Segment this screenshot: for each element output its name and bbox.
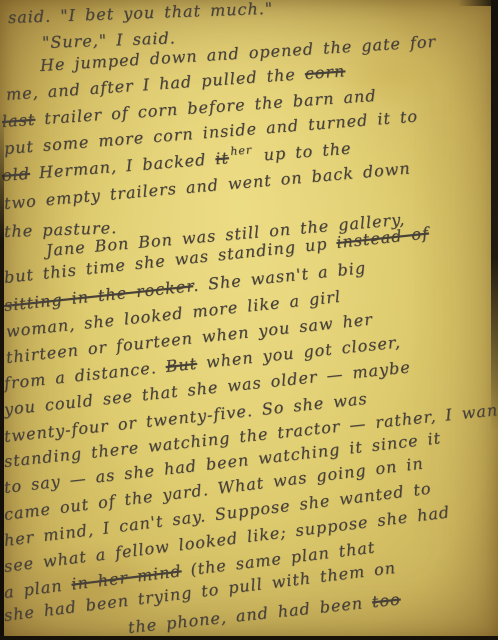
handwriting-text [277,0,278,18]
photo-edge-top [458,0,498,6]
inserted-word: her [230,143,253,158]
manuscript-page: said. "I bet you that much." "Sure," I s… [0,0,498,640]
handwriting-line: said. "I bet you that much." [8,0,278,27]
photo-edge-right [491,0,498,430]
struck-text: last [1,110,36,131]
handwriting-text: up to the [254,139,352,166]
struck-text: But [165,354,198,376]
struck-text: too [371,589,402,611]
photo-edge-bottom [0,636,498,640]
struck-text: old [1,164,30,185]
struck-text: it [215,148,230,168]
handwriting-text: said. "I bet you that much." [8,0,274,27]
struck-text: corn [304,61,346,83]
